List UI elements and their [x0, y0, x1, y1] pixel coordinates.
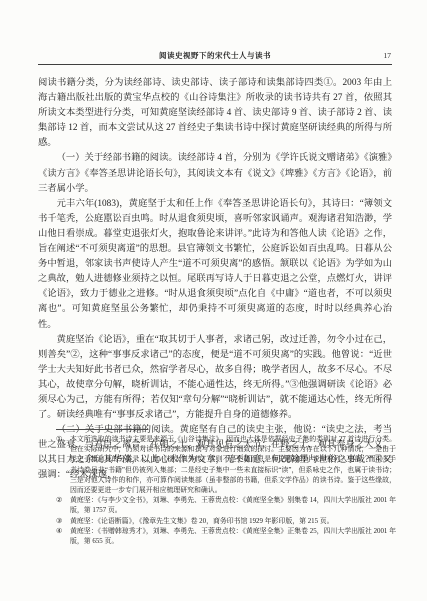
paragraph-poem-analysis: 元丰六年(1083)，黄庭坚于太和任上作《奉答圣思讲论语长句》，其诗曰：“簿领文… — [38, 197, 392, 333]
header-rule — [38, 64, 392, 65]
header-row: 阅读史视野下的宋代士人与读书 17 — [38, 50, 392, 61]
footnote-marker: ④ — [56, 527, 70, 547]
footnotes-section: ① 本文所选取的读书诗主要是来源于《山谷诗集注》，因而也大体是依据经史子集的类别… — [56, 429, 396, 547]
footnote-4: ④ 黄庭坚：《书赠韩琼秀才》，刘琳、李勇先、王蓉贵点校：《黄庭坚全集》正集卷 2… — [56, 527, 396, 547]
footnote-text: 黄庭坚：《书赠韩琼秀才》，刘琳、李勇先、王蓉贵点校：《黄庭坚全集》正集卷 25，… — [70, 527, 396, 547]
page-number: 17 — [384, 50, 392, 61]
footnote-text: 黄庭坚：《与李少文全书》，刘琳、李勇先、王蓉贵点校：《黄庭坚全集》别集卷 14，… — [70, 496, 396, 516]
footnote-2: ② 黄庭坚：《与李少文全书》，刘琳、李勇先、王蓉贵点校：《黄庭坚全集》别集卷 1… — [56, 496, 396, 516]
running-title: 阅读史视野下的宋代士人与读书 — [38, 50, 392, 61]
footnote-marker: ② — [56, 496, 70, 516]
page-header: 阅读史视野下的宋代士人与读书 17 — [38, 50, 392, 65]
document-page: 阅读史视野下的宋代士人与读书 17 阅读书籍分类，分为读经部诗、读史部诗、读子部… — [0, 0, 427, 601]
paragraph-section-one: （一）关于经部书籍的阅读。读经部诗 4 首，分别为《学许氏说文赠诸弟》《演雅》《… — [38, 151, 392, 196]
footnote-marker: ③ — [56, 517, 70, 527]
footnote-text: 黄庭坚：《论语断篇》，《豫章先生文集》卷 20，商务印书馆 1929 年影印版，… — [70, 517, 396, 527]
footnote-3: ③ 黄庭坚：《论语断篇》，《豫章先生文集》卷 20，商务印书馆 1929 年影印… — [56, 517, 396, 527]
footnote-rule — [56, 429, 148, 430]
footnote-marker: ① — [56, 435, 70, 496]
paragraph-continuation: 阅读书籍分类，分为读经部诗、读史部诗、读子部诗和读集部诗四类①。2003 年由上… — [38, 76, 392, 151]
article-body: 阅读书籍分类，分为读经部诗、读史部诗、读子部诗和读集部诗四类①。2003 年由上… — [38, 76, 392, 484]
page-content: 阅读史视野下的宋代士人与读书 17 阅读书籍分类，分为读经部诗、读史部诗、读子部… — [38, 50, 392, 484]
footnote-text: 本文所选取的读书诗主要是来源于《山谷诗集注》，因而也大体是依据经史子集的类别对 … — [70, 435, 396, 496]
footnote-1: ① 本文所选取的读书诗主要是来源于《山谷诗集注》，因而也大体是依据经史子集的类别… — [56, 435, 396, 496]
paragraph-lunyu-reading: 黄庭坚治《论语》，重在“取其切于人事者，求诸己躬，改过迁善，勿令小过在己，则善矣… — [38, 333, 392, 424]
